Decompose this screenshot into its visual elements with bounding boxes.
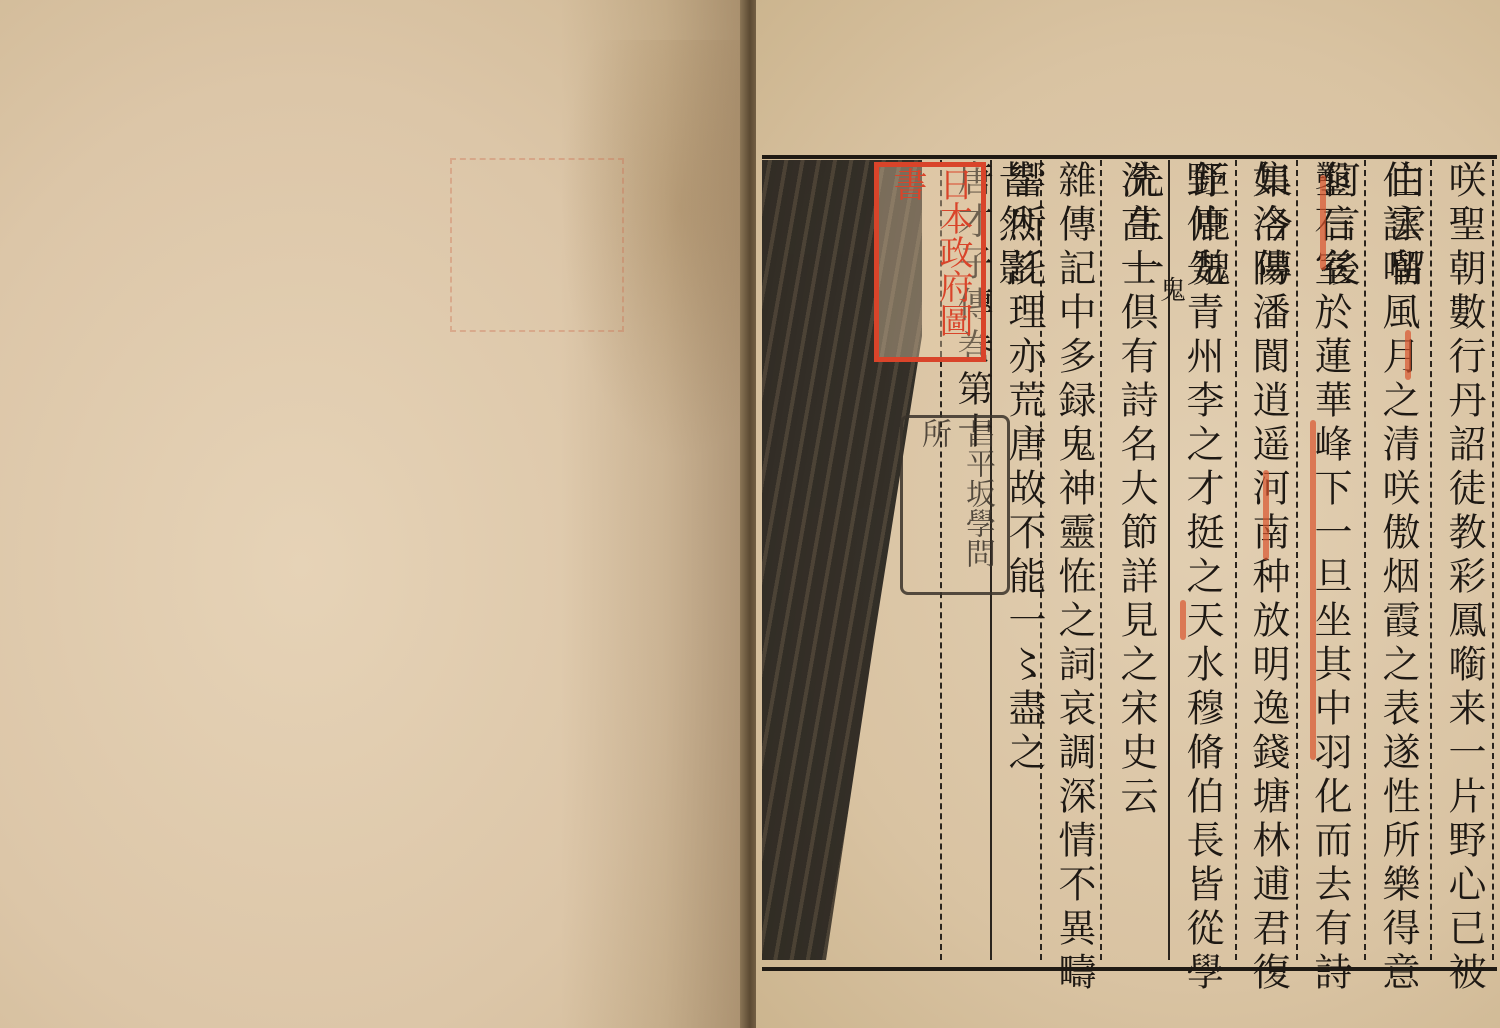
text-column-4: 如洛陽潘閬逍遥河南种放明逸錢塘林逋君復鉅鹿魏	[1238, 160, 1298, 1028]
book-spread: 咲聖朝數行丹詔徒教彩鳳㘅来一片野心已被白雲留 住詠嘲風月之清咲傲烟霞之表遂性所樂…	[0, 0, 1500, 1028]
red-punctuation-mark	[1180, 600, 1186, 640]
red-punctuation-mark	[1263, 470, 1269, 560]
black-seal-shoheizaka: 昌平坂學問所	[900, 415, 1010, 595]
red-punctuation-mark	[1405, 330, 1411, 380]
gutter-shadow	[560, 0, 750, 1028]
red-punctuation-mark	[1320, 175, 1326, 270]
left-page	[0, 0, 753, 1028]
text-column-1: 咲聖朝數行丹詔徒教彩鳳㘅来一片野心已被白雲留	[1434, 160, 1494, 1028]
ghost-seal-offset	[450, 158, 624, 332]
red-punctuation-mark	[1310, 420, 1316, 760]
text-column-6: 流高士倶有詩名大節詳見之宋史云	[1106, 160, 1166, 820]
text-column-3: 鑿石室於蓮華峰下一旦坐其中羽化而去有詩集今傳	[1300, 160, 1360, 1028]
red-seal-nihon-seifu-tosho: 日本政府圖書	[874, 162, 986, 362]
section-heading: 鬼	[1160, 270, 1186, 307]
text-column-2: 住詠嘲風月之清咲傲烟霞之表遂性所樂得意何言後	[1368, 160, 1428, 1028]
